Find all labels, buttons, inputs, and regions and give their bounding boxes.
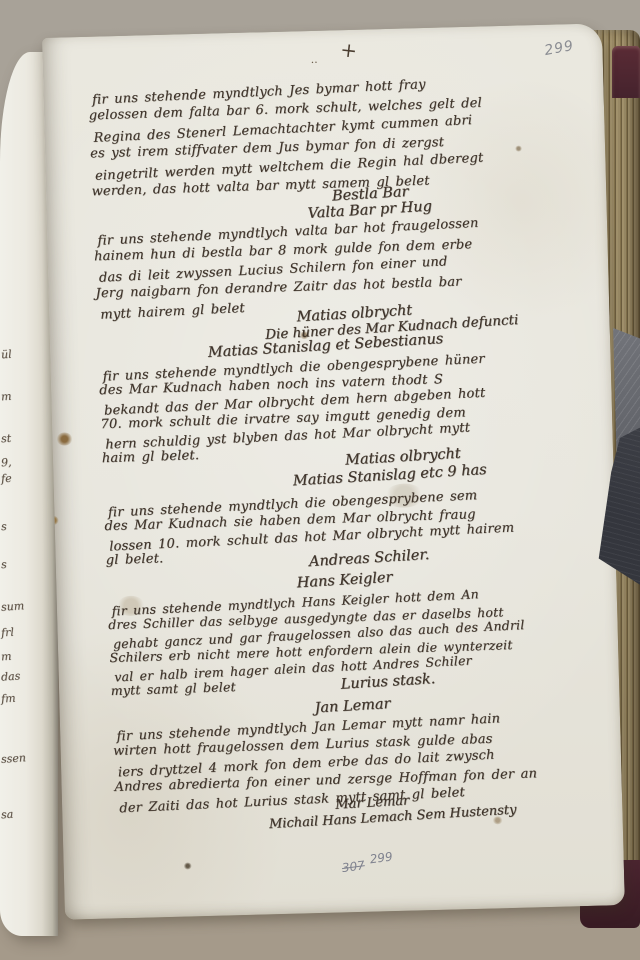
previous-page-text-fragment: st: [1, 432, 12, 446]
folio-number-old: 307: [341, 858, 366, 875]
previous-page-text-fragment: m: [1, 650, 12, 664]
manuscript-paragraph: fir uns stehende myndtlych die obengespr…: [102, 348, 584, 468]
previous-page-text-fragment: m: [1, 390, 12, 404]
previous-page-text-fragment: das: [1, 669, 21, 683]
manuscript-heading: Hans Keigler: [296, 570, 393, 592]
previous-page-text-fragment: fm: [1, 692, 16, 706]
manuscript-text: fir uns stehende myndtlych Jes bymar hot…: [42, 23, 625, 919]
previous-page-text-fragment: frl: [1, 626, 15, 640]
cloth-book-weight: [592, 328, 640, 590]
manuscript-heading: Jan Lemar: [314, 696, 391, 716]
previous-page-text-fragment: ül: [1, 348, 12, 362]
manuscript-page: .. + 299 fir uns stehende myndtlych Jes …: [42, 23, 625, 919]
previous-page-text-fragment: sum: [1, 599, 25, 614]
manuscript-paragraph: fir uns stehende myndtlych Jes bymar hot…: [92, 70, 574, 202]
previous-page-text-fragment: fe: [1, 472, 12, 486]
previous-page-text-fragment: sa: [1, 808, 14, 822]
manuscript-heading: Matias Stanislag etc 9 has: [292, 462, 487, 489]
folio-number-new: 299: [369, 849, 394, 866]
previous-page-text-fragment: 9,: [1, 456, 12, 470]
previous-page-text-fragment: s: [1, 520, 8, 533]
previous-page-text-fragment: ssen: [1, 751, 27, 766]
previous-page-text-fragment: s: [1, 558, 8, 571]
book-cover-edge-top: [612, 46, 640, 98]
manuscript-photo: ülmst9,fesssumfrlmdasfmssensa .. + 299 f…: [0, 0, 640, 960]
